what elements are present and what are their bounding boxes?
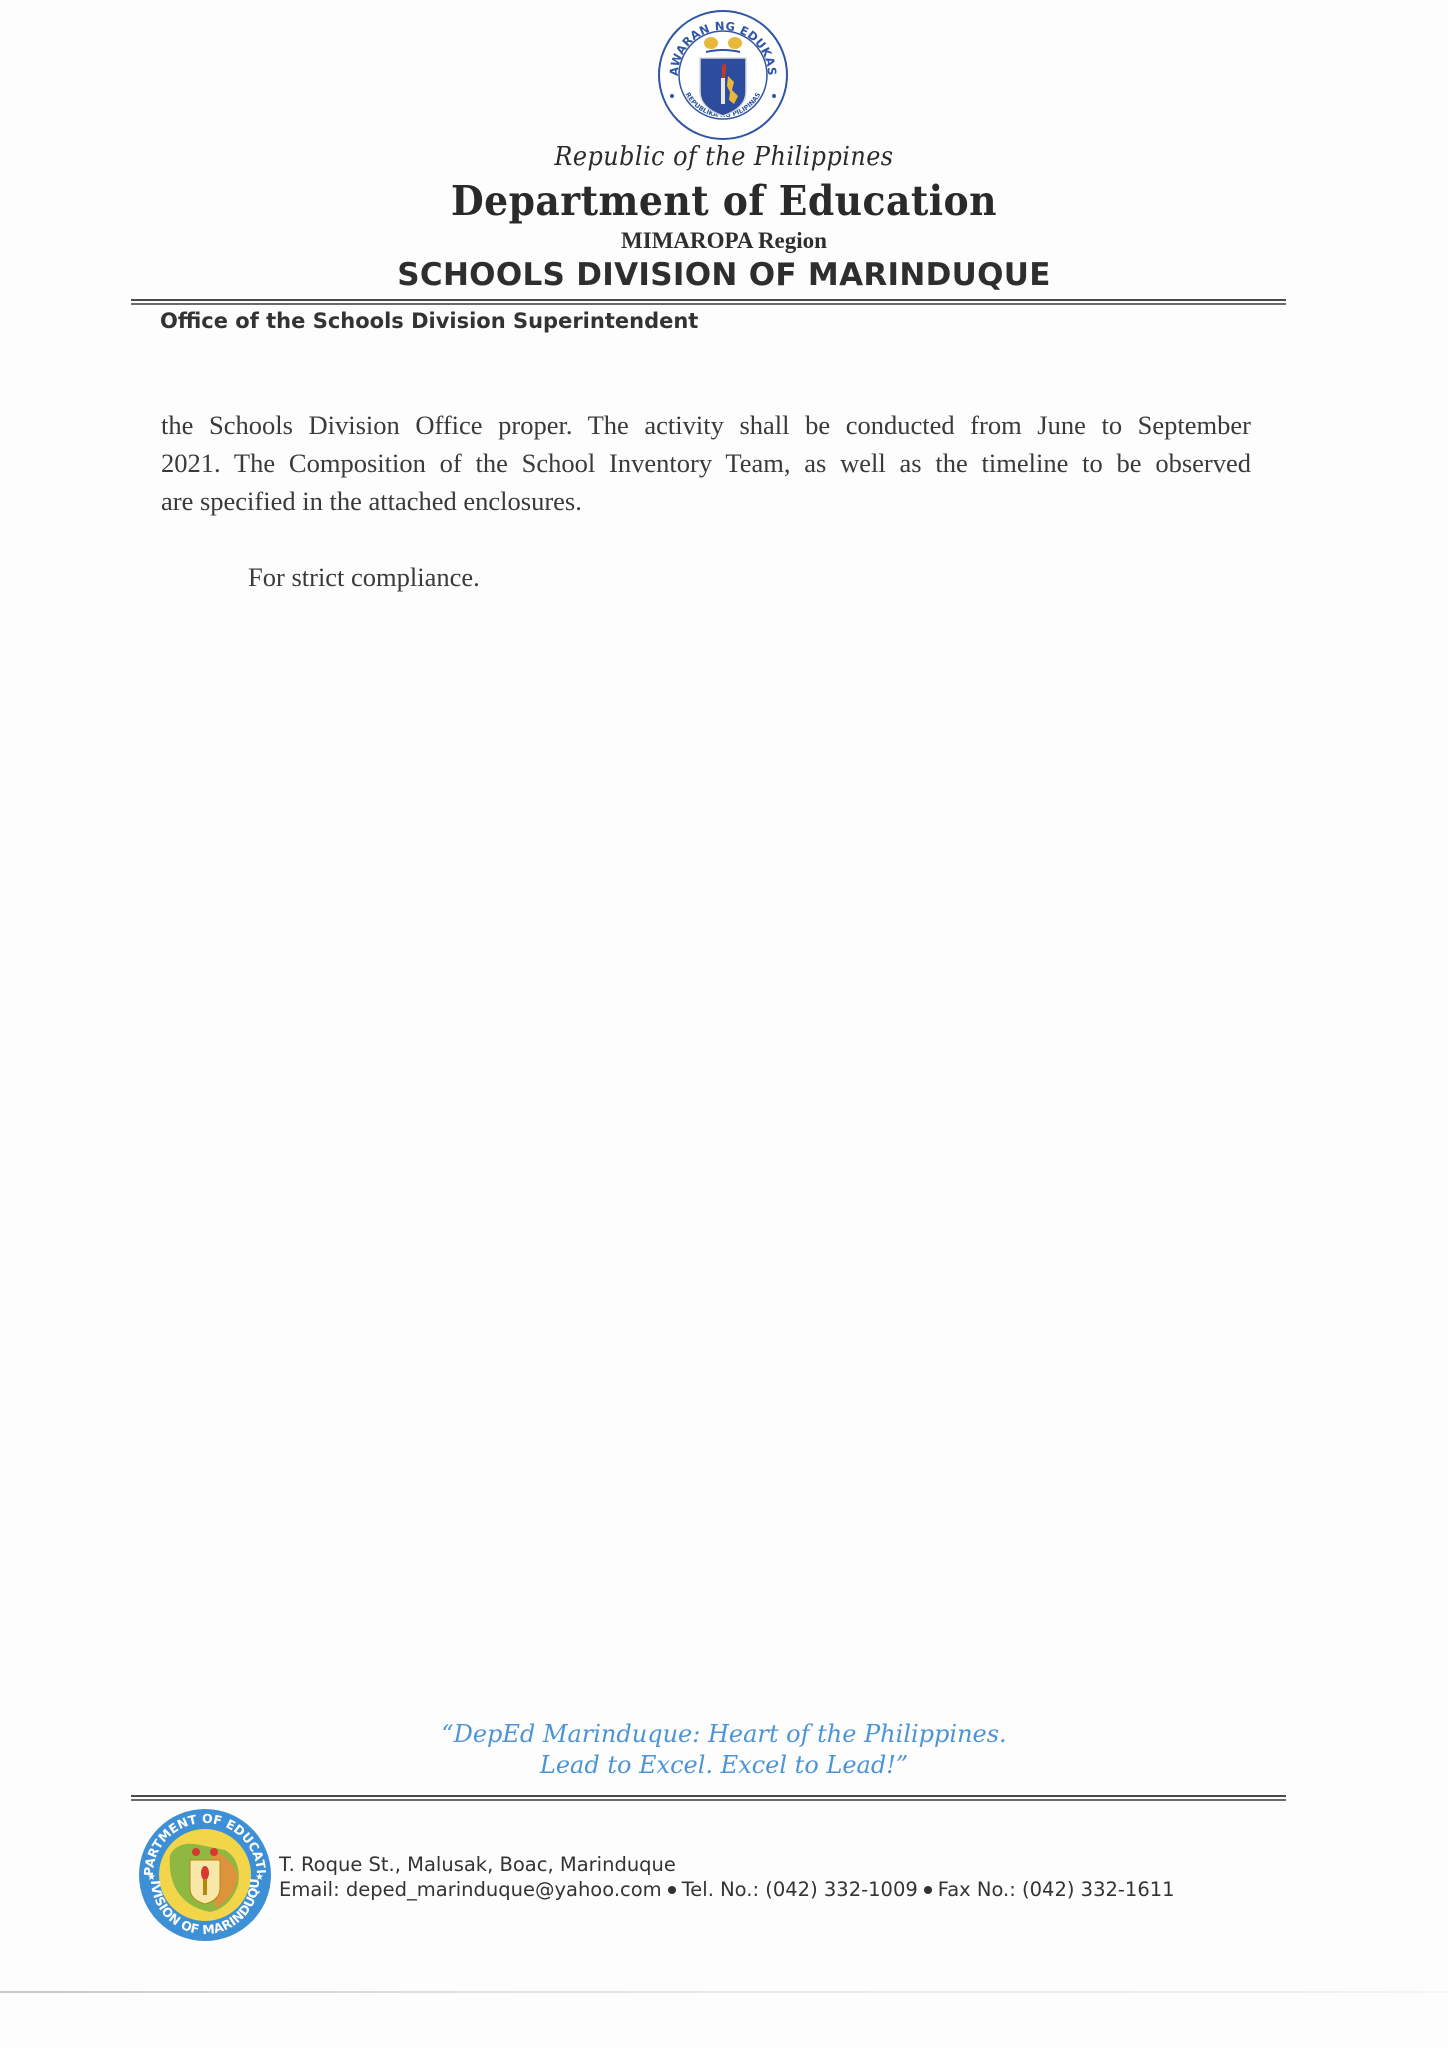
motto-line: Lead to Excel. Excel to Lead!”: [0, 1750, 1448, 1781]
fax-number: (042) 332-1611: [1022, 1878, 1175, 1901]
header-divider: [131, 299, 1286, 305]
footer-divider: [131, 1795, 1286, 1801]
svg-text:★: ★: [147, 1872, 156, 1883]
body-paragraph: the Schools Division Office proper. The …: [161, 406, 1251, 520]
scan-edge-line: [0, 1991, 1448, 1993]
deped-seal-icon: KAGAWARAN NG EDUKASYON REPUBLIKA NG PILI…: [656, 8, 790, 142]
email-label: Email:: [279, 1878, 340, 1901]
region-heading: MIMAROPA Region: [0, 228, 1448, 254]
contact-line: Email: deped_marinduque@yahoo.comTel. No…: [279, 1877, 1175, 1902]
tel-number: (042) 332-1009: [765, 1878, 918, 1901]
svg-text:★: ★: [255, 1872, 264, 1883]
motto: “DepEd Marinduque: Heart of the Philippi…: [0, 1719, 1448, 1781]
division-seal-icon: DEPARTMENT OF EDUCATION DIVISION OF MARI…: [130, 1800, 280, 1950]
republic-heading: Republic of the Philippines: [58, 142, 1390, 172]
address-block: T. Roque St., Malusak, Boac, Marinduque …: [279, 1852, 1175, 1902]
division-heading: SCHOOLS DIVISION OF MARINDUQUE: [0, 257, 1448, 293]
motto-line: “DepEd Marinduque: Heart of the Philippi…: [0, 1719, 1448, 1750]
fax-label: Fax No.:: [938, 1878, 1016, 1901]
tel-label: Tel. No.:: [682, 1878, 759, 1901]
bullet-icon: [924, 1886, 932, 1894]
department-heading: Department of Education: [58, 177, 1390, 225]
body-line: the Schools Division Office proper. The …: [161, 406, 1251, 444]
closing-line: For strict compliance.: [248, 558, 480, 596]
body-line: are specified in the attached enclosures…: [161, 482, 1251, 520]
bullet-icon: [668, 1886, 676, 1894]
address-line: T. Roque St., Malusak, Boac, Marinduque: [279, 1852, 1175, 1877]
office-label: Office of the Schools Division Superinte…: [160, 309, 698, 333]
email-link[interactable]: deped_marinduque@yahoo.com: [346, 1878, 662, 1901]
body-line: 2021. The Composition of the School Inve…: [161, 444, 1251, 482]
